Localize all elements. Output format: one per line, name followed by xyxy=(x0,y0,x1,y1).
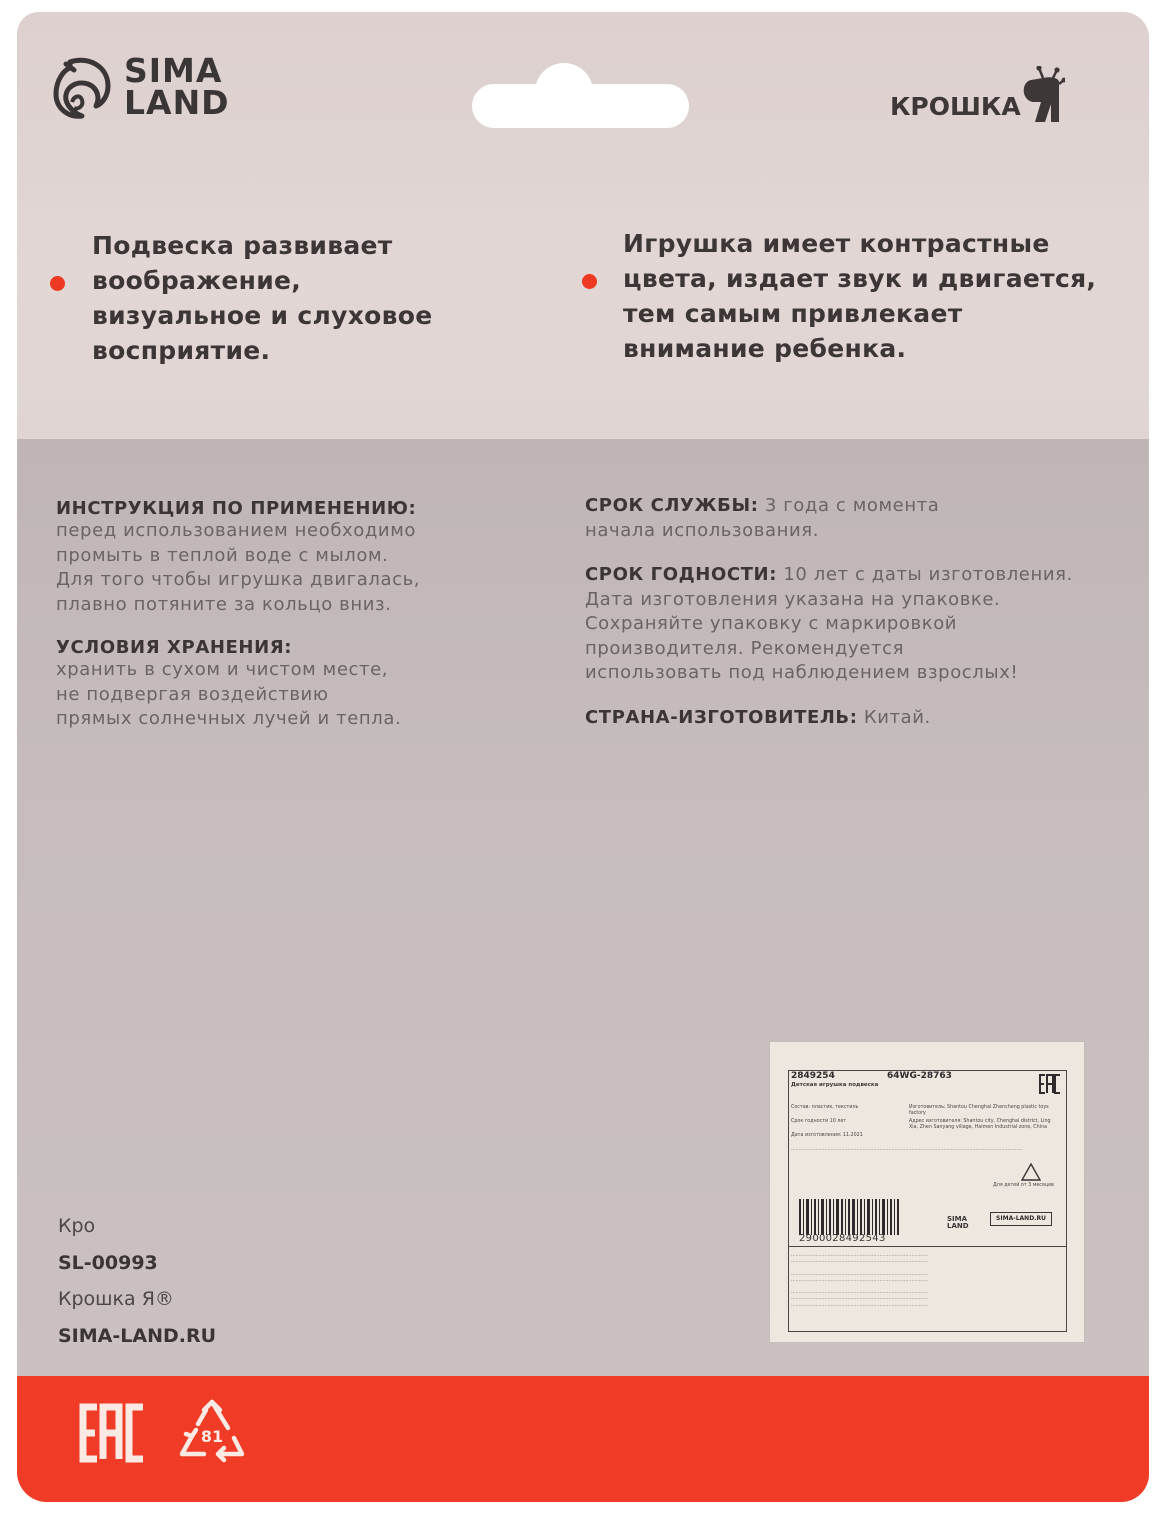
country-heading: СТРАНА-ИЗГОТОВИТЕЛЬ: xyxy=(585,707,858,728)
partial-text: Кро xyxy=(58,1208,216,1245)
shelf-life-line: Сохраняйте упаковку с маркировкой xyxy=(585,612,1073,637)
instructions-left-column: ИНСТРУКЦИЯ ПО ПРИМЕНЕНИЮ: перед использо… xyxy=(56,498,420,752)
label-address: Адрес изготовителя: Shantou city, Chengh… xyxy=(909,1119,1059,1131)
label-manufacturer: Изготовитель: Shantou Chenghai Zhencheng… xyxy=(909,1105,1059,1117)
kroshka-wordmark: КРОШКА xyxy=(890,92,1021,126)
feature-line: внимание ребенка. xyxy=(623,331,1096,366)
label-importer-text: ........................................… xyxy=(791,1147,1061,1153)
label-eac-icon xyxy=(1038,1073,1062,1097)
storage-heading: УСЛОВИЯ ХРАНЕНИЯ: xyxy=(56,637,420,658)
feature-text: Подвеска развивает воображение, визуальн… xyxy=(92,228,432,368)
instructions-right-column: СРОК СЛУЖБЫ: 3 года с момента начала исп… xyxy=(585,494,1073,750)
label-secondary-text: ........................................… xyxy=(791,1253,1061,1309)
kroshka-ya-logo: КРОШКА xyxy=(890,66,1065,126)
storage-line: прямых солнечных лучей и тепла. xyxy=(56,707,420,732)
hang-slot-bump xyxy=(535,63,593,121)
label-recycle-icon xyxy=(1021,1163,1041,1181)
label-site-box: SIMA-LAND.RU xyxy=(990,1212,1052,1226)
country-value: Китай. xyxy=(858,707,931,728)
sima-land-wordmark: SIMA LAND xyxy=(124,55,230,119)
country-section: СТРАНА-ИЗГОТОВИТЕЛЬ: Китай. xyxy=(585,706,1073,731)
shelf-life-line: Дата изготовления указана на упаковке. xyxy=(585,588,1073,613)
label-product-name: Детская игрушка подвеска xyxy=(791,1082,878,1088)
storage-line: хранить в сухом и чистом месте, xyxy=(56,658,420,683)
feature-bullet-imagination: Подвеска развивает воображение, визуальн… xyxy=(92,228,432,368)
label-frame: 2849254 64WG-28763 Детская игрушка подве… xyxy=(788,1070,1067,1332)
service-life-section: СРОК СЛУЖБЫ: 3 года с момента начала исп… xyxy=(585,494,1073,543)
shelf-life-line: производителя. Рекомендуется xyxy=(585,637,1073,662)
barcode-icon xyxy=(799,1199,899,1235)
red-bullet-icon xyxy=(582,274,597,289)
label-shelf-life: Срок годности 10 лет xyxy=(791,1119,846,1125)
recycle-81-icon: 81 xyxy=(176,1398,248,1466)
feature-line: восприятие. xyxy=(92,333,432,368)
usage-line: Для того чтобы игрушка двигалась, xyxy=(56,568,420,593)
brand-name: Крошка Я® xyxy=(58,1281,216,1318)
svg-text:81: 81 xyxy=(201,1427,223,1446)
feature-line: визуальное и слуховое xyxy=(92,298,432,333)
usage-line: промыть в теплой воде с мылом. xyxy=(56,544,420,569)
shelf-life-heading: СРОК ГОДНОСТИ: xyxy=(585,564,777,585)
usage-section: ИНСТРУКЦИЯ ПО ПРИМЕНЕНИЮ: перед использо… xyxy=(56,498,420,617)
feature-line: воображение, xyxy=(92,263,432,298)
shelf-life-value: 10 лет с даты изготовления. xyxy=(777,564,1073,585)
feature-text: Игрушка имеет контрастные цвета, издает … xyxy=(623,226,1096,366)
product-codes: Кро SL-00993 Крошка Я® SIMA-LAND.RU xyxy=(58,1208,216,1354)
giraffe-ya-icon xyxy=(1021,66,1065,126)
barcode-number: 2900028492543 xyxy=(799,1233,886,1244)
label-sima-logo: SIMALAND xyxy=(947,1216,969,1229)
feature-bullet-contrast: Игрушка имеет контрастные цвета, издает … xyxy=(623,226,1096,366)
service-life-line: начала использования. xyxy=(585,519,1073,544)
usage-heading: ИНСТРУКЦИЯ ПО ПРИМЕНЕНИЮ: xyxy=(56,498,420,519)
usage-line: перед использованием необходимо xyxy=(56,519,420,544)
label-article: 64WG-28763 xyxy=(887,1071,952,1081)
feature-line: Подвеска развивает xyxy=(92,228,432,263)
sima-land-logo: SIMA LAND xyxy=(48,52,230,122)
storage-section: УСЛОВИЯ ХРАНЕНИЯ: хранить в сухом и чист… xyxy=(56,637,420,732)
feature-line: Игрушка имеет контрастные xyxy=(623,226,1096,261)
hang-hole xyxy=(455,48,670,143)
feature-line: цвета, издает звук и двигается, xyxy=(623,261,1096,296)
usage-line: плавно потяните за кольцо вниз. xyxy=(56,593,420,618)
product-label-sticker: 2849254 64WG-28763 Детская игрушка подве… xyxy=(770,1042,1084,1342)
label-sku: 2849254 xyxy=(791,1071,835,1081)
service-life-heading: СРОК СЛУЖБЫ: xyxy=(585,495,759,516)
storage-line: не подвергая воздействию xyxy=(56,683,420,708)
dolphin-logo-icon xyxy=(48,52,118,122)
model-code: SL-00993 xyxy=(58,1245,216,1282)
label-manufacture-date: Дата изготовления: 11.2021 xyxy=(791,1133,863,1139)
label-composition: Состав: пластик, текстиль xyxy=(791,1105,858,1111)
feature-line: тем самым привлекает xyxy=(623,296,1096,331)
red-bullet-icon xyxy=(50,276,65,291)
website: SIMA-LAND.RU xyxy=(58,1318,216,1355)
label-divider xyxy=(789,1246,1066,1247)
shelf-life-line: использовать под наблюдением взрослых! xyxy=(585,661,1073,686)
service-life-value: 3 года с момента xyxy=(759,495,940,516)
eac-mark-icon xyxy=(79,1403,147,1463)
shelf-life-section: СРОК ГОДНОСТИ: 10 лет с даты изготовлени… xyxy=(585,563,1073,686)
logo-line-2: LAND xyxy=(124,87,230,119)
label-age: Для детей от 3 месяцев xyxy=(993,1183,1054,1189)
